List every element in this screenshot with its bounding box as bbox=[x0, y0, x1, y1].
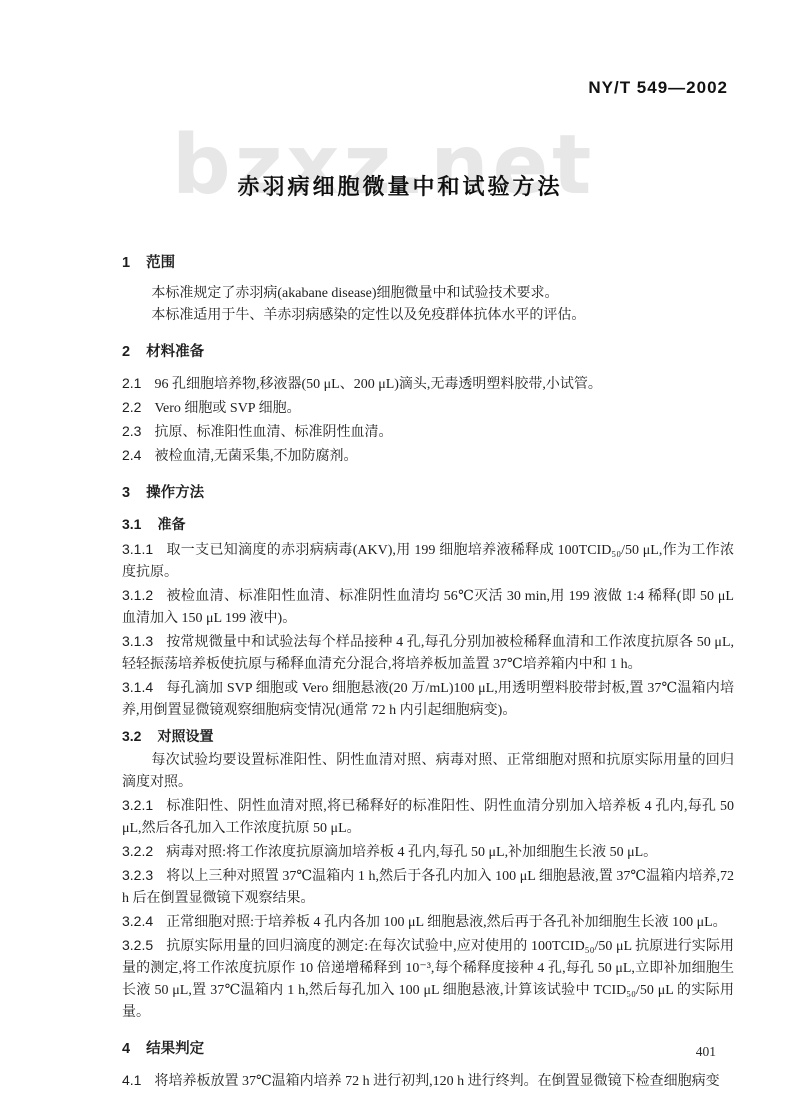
clause-text: 按常规微量中和试验法每个样品接种 4 孔,每孔分别加被检稀释血清和工作浓度抗原各… bbox=[122, 635, 734, 672]
clause-text: 正常细胞对照:于培养板 4 孔内各加 100 μL 细胞悬液,然后再于各孔补加细… bbox=[166, 915, 726, 930]
clause-text: 抗原、标准阳性血清、标准阴性血清。 bbox=[154, 425, 392, 440]
clause-number: 2.3 bbox=[122, 423, 141, 439]
clause-number: 3.2.3 bbox=[122, 867, 153, 883]
standard-code: NY/T 549—2002 bbox=[588, 78, 728, 98]
clause-text: 标准阳性、阴性血清对照,将已稀释好的标准阳性、阴性血清分别加入培养板 4 孔内,… bbox=[122, 799, 734, 836]
section-number: 1 bbox=[122, 255, 130, 271]
clause-text: 每孔滴加 SVP 细胞或 Vero 细胞悬液(20 万/mL)100 μL,用透… bbox=[122, 681, 734, 718]
section-4-heading: 4结果判定 bbox=[122, 1038, 734, 1060]
clause-3-1-1: 3.1.1取一支已知滴度的赤羽病病毒(AKV),用 199 细胞培养液稀释成 1… bbox=[122, 538, 734, 584]
clause-2-3: 2.3抗原、标准阳性血清、标准阴性血清。 bbox=[122, 420, 734, 444]
clause-3-1-4: 3.1.4每孔滴加 SVP 细胞或 Vero 细胞悬液(20 万/mL)100 … bbox=[122, 676, 734, 722]
clause-text: 被检血清,无菌采集,不加防腐剂。 bbox=[154, 449, 357, 464]
scope-paragraph-2: 本标准适用于牛、羊赤羽病感染的定性以及免疫群体抗体水平的评估。 bbox=[122, 305, 734, 327]
clause-number: 3.2.4 bbox=[122, 913, 153, 929]
section-title: 操作方法 bbox=[146, 485, 204, 501]
subsection-number: 3.2 bbox=[122, 728, 141, 744]
clause-text: 被检血清、标准阳性血清、标准阴性血清均 56℃灭活 30 min,用 199 液… bbox=[122, 589, 734, 626]
clause-text: 将以上三种对照置 37℃温箱内 1 h,然后于各孔内加入 100 μL 细胞悬液… bbox=[122, 869, 734, 906]
clause-2-4: 2.4被检血清,无菌采集,不加防腐剂。 bbox=[122, 444, 734, 468]
section-number: 4 bbox=[122, 1041, 130, 1057]
subsection-3-1-heading: 3.1准备 bbox=[122, 513, 734, 535]
clause-number: 3.1.1 bbox=[122, 541, 153, 557]
document-title: 赤羽病细胞微量中和试验方法 bbox=[0, 170, 800, 201]
clause-text: 病毒对照:将工作浓度抗原滴加培养板 4 孔内,每孔 50 μL,补加细胞生长液 … bbox=[166, 845, 657, 860]
clause-text: 抗原实际用量的回归滴度的测定:在每次试验中,应对使用的 100TCID₅₀/50… bbox=[122, 939, 734, 1020]
clause-number: 2.2 bbox=[122, 399, 141, 415]
subsection-number: 3.1 bbox=[122, 516, 141, 532]
controls-intro-paragraph: 每次试验均要设置标准阳性、阴性血清对照、病毒对照、正常细胞对照和抗原实际用量的回… bbox=[122, 750, 734, 794]
section-1-heading: 1范围 bbox=[122, 252, 734, 274]
clause-number: 3.1.3 bbox=[122, 633, 153, 649]
section-2-heading: 2材料准备 bbox=[122, 341, 734, 363]
clause-4-1: 4.1将培养板放置 37℃温箱内培养 72 h 进行初判,120 h 进行终判。… bbox=[122, 1069, 734, 1093]
section-number: 2 bbox=[122, 344, 130, 360]
clause-number: 3.1.2 bbox=[122, 587, 153, 603]
clause-text: 96 孔细胞培养物,移液器(50 μL、200 μL)滴头,无毒透明塑料胶带,小… bbox=[154, 377, 601, 392]
clause-number: 3.2.1 bbox=[122, 797, 153, 813]
document-body: 1范围 本标准规定了赤羽病(akabane disease)细胞微量中和试验技术… bbox=[122, 252, 734, 1093]
clause-number: 3.2.5 bbox=[122, 937, 153, 953]
clause-number: 2.4 bbox=[122, 447, 141, 463]
clause-text: Vero 细胞或 SVP 细胞。 bbox=[154, 401, 300, 416]
clause-3-2-4: 3.2.4正常细胞对照:于培养板 4 孔内各加 100 μL 细胞悬液,然后再于… bbox=[122, 910, 734, 934]
section-number: 3 bbox=[122, 485, 130, 501]
section-title: 材料准备 bbox=[146, 344, 204, 360]
clause-3-1-3: 3.1.3按常规微量中和试验法每个样品接种 4 孔,每孔分别加被检稀释血清和工作… bbox=[122, 630, 734, 676]
clause-number: 4.1 bbox=[122, 1072, 141, 1088]
section-title: 结果判定 bbox=[146, 1041, 204, 1057]
subsection-title: 对照设置 bbox=[157, 728, 213, 744]
scope-paragraph-1: 本标准规定了赤羽病(akabane disease)细胞微量中和试验技术要求。 bbox=[122, 283, 734, 305]
clause-3-2-1: 3.2.1标准阳性、阴性血清对照,将已稀释好的标准阳性、阴性血清分别加入培养板 … bbox=[122, 794, 734, 840]
page-number: 401 bbox=[696, 1044, 716, 1060]
clause-text: 将培养板放置 37℃温箱内培养 72 h 进行初判,120 h 进行终判。在倒置… bbox=[154, 1074, 719, 1089]
clause-2-2: 2.2Vero 细胞或 SVP 细胞。 bbox=[122, 396, 734, 420]
clause-3-2-5: 3.2.5抗原实际用量的回归滴度的测定:在每次试验中,应对使用的 100TCID… bbox=[122, 934, 734, 1024]
clause-text: 取一支已知滴度的赤羽病病毒(AKV),用 199 细胞培养液稀释成 100TCI… bbox=[122, 543, 734, 580]
section-title: 范围 bbox=[146, 255, 175, 271]
clause-3-2-3: 3.2.3将以上三种对照置 37℃温箱内 1 h,然后于各孔内加入 100 μL… bbox=[122, 864, 734, 910]
clause-number: 3.2.2 bbox=[122, 843, 153, 859]
clause-3-1-2: 3.1.2被检血清、标准阳性血清、标准阴性血清均 56℃灭活 30 min,用 … bbox=[122, 584, 734, 630]
clause-number: 3.1.4 bbox=[122, 679, 153, 695]
clause-2-1: 2.196 孔细胞培养物,移液器(50 μL、200 μL)滴头,无毒透明塑料胶… bbox=[122, 372, 734, 396]
clause-number: 2.1 bbox=[122, 375, 141, 391]
clause-3-2-2: 3.2.2病毒对照:将工作浓度抗原滴加培养板 4 孔内,每孔 50 μL,补加细… bbox=[122, 840, 734, 864]
section-3-heading: 3操作方法 bbox=[122, 482, 734, 504]
document-page: bzxz.net NY/T 549—2002 赤羽病细胞微量中和试验方法 1范围… bbox=[0, 0, 800, 1110]
subsection-title: 准备 bbox=[157, 516, 185, 532]
subsection-3-2-heading: 3.2对照设置 bbox=[122, 725, 734, 747]
